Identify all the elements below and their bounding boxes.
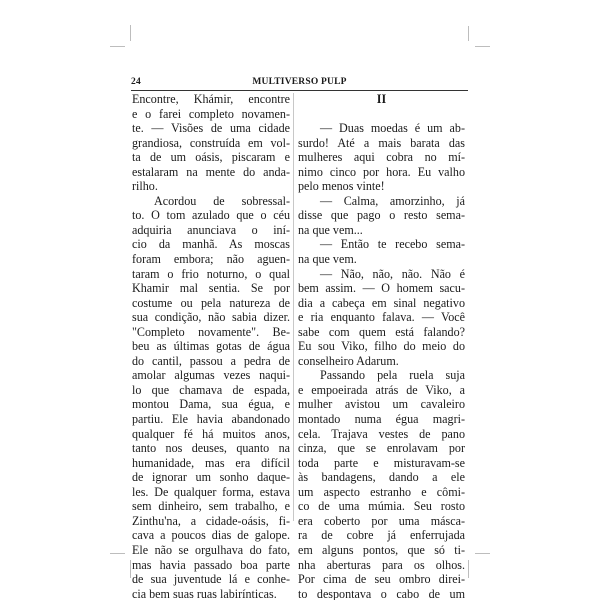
text-line: ta de um oásis, piscaram e	[132, 150, 290, 165]
text-line: humanidade, mas era difícil	[132, 456, 290, 471]
text-line: cela. Trajava vestes de pano	[298, 427, 465, 442]
text-line: rilho.	[132, 179, 290, 194]
text-line: mas havia passado boa parte	[132, 558, 290, 573]
text-line: de ignorar um sonho daque-	[132, 470, 290, 485]
paragraph-start-line: — Calma, amorzinho, já	[298, 194, 465, 209]
text-line: cinza, que se enrolavam por	[298, 441, 465, 456]
text-line: amolar algumas vezes naqui-	[132, 368, 290, 383]
blank-line	[298, 107, 465, 122]
text-line: disse que pago o resto sema-	[298, 208, 465, 223]
text-line: Por cima de seu ombro direi-	[298, 572, 465, 587]
text-line: em alguns pontos, que só ti-	[298, 543, 465, 558]
text-line: cio da manhã. As moscas	[132, 237, 290, 252]
left-column: Encontre, Khámir, encontre e o farei com…	[132, 92, 290, 600]
text-line: na que vem...	[298, 223, 465, 238]
text-line: mulheres aqui cobra no mí-	[298, 150, 465, 165]
text-line: pelo menos vinte!	[298, 179, 465, 194]
paragraph-start-line: Passando pela ruela suja	[298, 368, 465, 383]
text-line: nha aberturas para os olhos.	[298, 558, 465, 573]
crop-mark-top-right-vertical	[468, 26, 469, 41]
running-title: MULTIVERSO PULP	[131, 77, 468, 87]
text-line: costume ou pela natureza de	[132, 296, 290, 311]
text-line: beu as últimas gotas de água	[132, 339, 290, 354]
text-line: te. — Visões de uma cidade	[132, 121, 290, 136]
text-line: Eu sou Viko, filho do meio do	[298, 339, 465, 354]
text-line: montou Dama, sua égua, e	[132, 397, 290, 412]
crop-mark-bottom-right-horizontal	[475, 553, 490, 554]
crop-mark-bottom-left-vertical	[130, 560, 131, 578]
text-line: taram o frio noturno, o qual	[132, 267, 290, 282]
right-column: II — Duas moedas é um ab- surdo! Até a m…	[298, 92, 465, 600]
text-line: sua condição, não sabia dizer.	[132, 310, 290, 325]
text-line: adquiria anunciava o iní-	[132, 223, 290, 238]
paragraph-start-line: — Duas moedas é um ab-	[298, 121, 465, 136]
text-line: conselheiro Adarum.	[298, 354, 465, 369]
text-line: sabe com quem está falando?	[298, 325, 465, 340]
paragraph-start-line: — Então te recebo sema-	[298, 237, 465, 252]
text-line: mulher avistou um cavaleiro	[298, 397, 465, 412]
section-heading: II	[298, 92, 465, 107]
text-line: às bandagens, dando a ele	[298, 470, 465, 485]
text-line: e o farei completo novamen-	[132, 107, 290, 122]
crop-mark-top-left-vertical	[130, 25, 131, 41]
text-line: Zinthu'na, a cidade-oásis, fi-	[132, 514, 290, 529]
text-line: partiu. Ele havia abandonado	[132, 412, 290, 427]
text-line: e ria enquanto falava. — Você	[298, 310, 465, 325]
text-line: Ele não se orgulhava do fato,	[132, 543, 290, 558]
text-line: Khamir mal sentia. Se por	[132, 281, 290, 296]
header-rule	[131, 90, 468, 91]
paragraph-start-line: Acordou de sobressal-	[132, 194, 290, 209]
text-line: um aspecto estranho e cômi-	[298, 485, 465, 500]
text-line: Encontre, Khámir, encontre	[132, 92, 290, 107]
text-line: de sua juventude lá e conhe-	[132, 572, 290, 587]
text-line: cia bem suas ruas labirínticas.	[132, 587, 290, 600]
text-line: na que vem.	[298, 252, 465, 267]
text-line: do cantil, passou a pedra de	[132, 354, 290, 369]
text-line: to. O tom azulado que o céu	[132, 208, 290, 223]
text-line: les. De qualquer forma, estava	[132, 485, 290, 500]
text-line: dia a cabeça em sinal negativo	[298, 296, 465, 311]
text-line: qualquer fé há muitos anos,	[132, 427, 290, 442]
paragraph-start-line: — Não, não, não. Não é	[298, 267, 465, 282]
text-line: foram embora; não aguen-	[132, 252, 290, 267]
crop-mark-top-left-horizontal	[110, 46, 125, 47]
text-line: ra de cobre já enferrujada	[298, 528, 465, 543]
text-line: e empoeirada atrás de Viko, a	[298, 383, 465, 398]
text-line: surdo! Até a mais barata das	[298, 136, 465, 151]
column-divider	[293, 93, 294, 521]
text-line: grandiosa, construída em vol-	[132, 136, 290, 151]
text-line: montado numa égua magri-	[298, 412, 465, 427]
text-line: tanto nos deuses, quanto na	[132, 441, 290, 456]
crop-mark-bottom-right-vertical	[468, 560, 469, 578]
text-line: era coberto por uma másca-	[298, 514, 465, 529]
text-line: sem dinheiro, sem trabalho, e	[132, 499, 290, 514]
text-line: to despontava o cabo de um	[298, 587, 465, 600]
page-header: 24 MULTIVERSO PULP	[131, 76, 468, 90]
text-line: toda parte e misturavam-se	[298, 456, 465, 471]
crop-mark-bottom-left-horizontal	[110, 553, 125, 554]
text-line: "Completo novamente". Be-	[132, 325, 290, 340]
text-line: cava a poucos dias de galope.	[132, 528, 290, 543]
text-line: bem assim. — O homem sacu-	[298, 281, 465, 296]
text-line: nimo cinco por hora. Eu valho	[298, 165, 465, 180]
crop-mark-top-right-horizontal	[475, 46, 490, 47]
text-line: lo que chamava de espada,	[132, 383, 290, 398]
text-line: co de uma múmia. Seu rosto	[298, 499, 465, 514]
text-line: estalaram na mente do anda-	[132, 165, 290, 180]
